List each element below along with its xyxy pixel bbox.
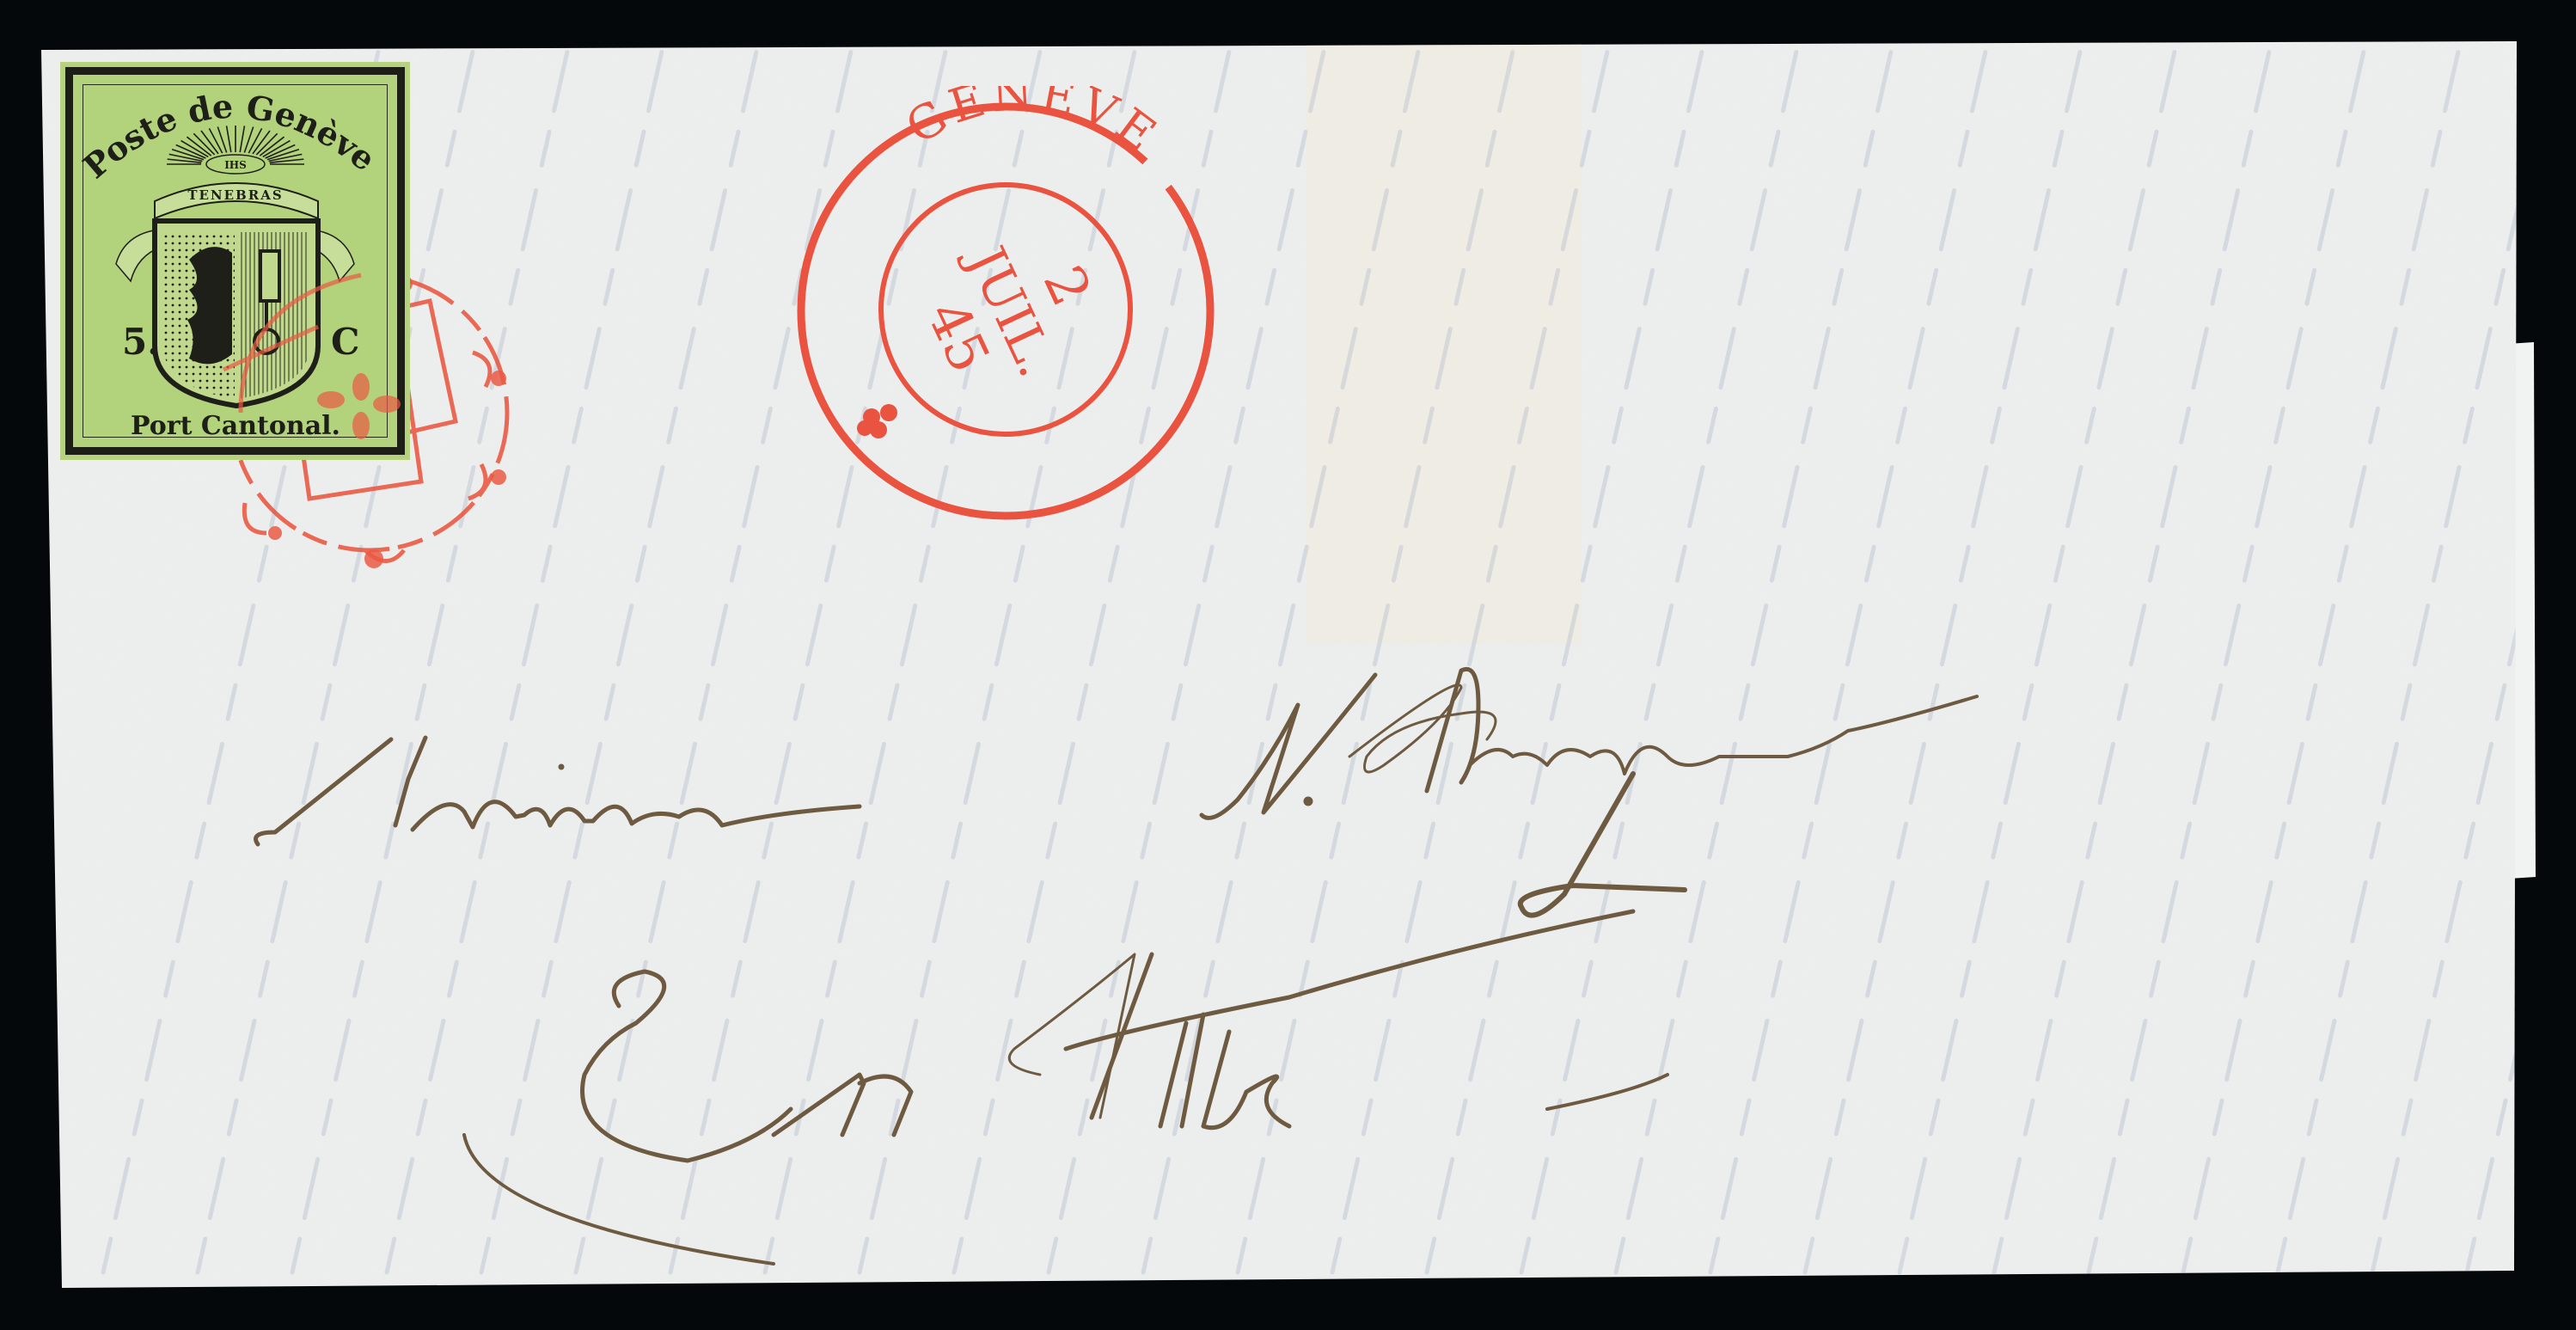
handwritten-address — [0, 0, 2576, 1330]
